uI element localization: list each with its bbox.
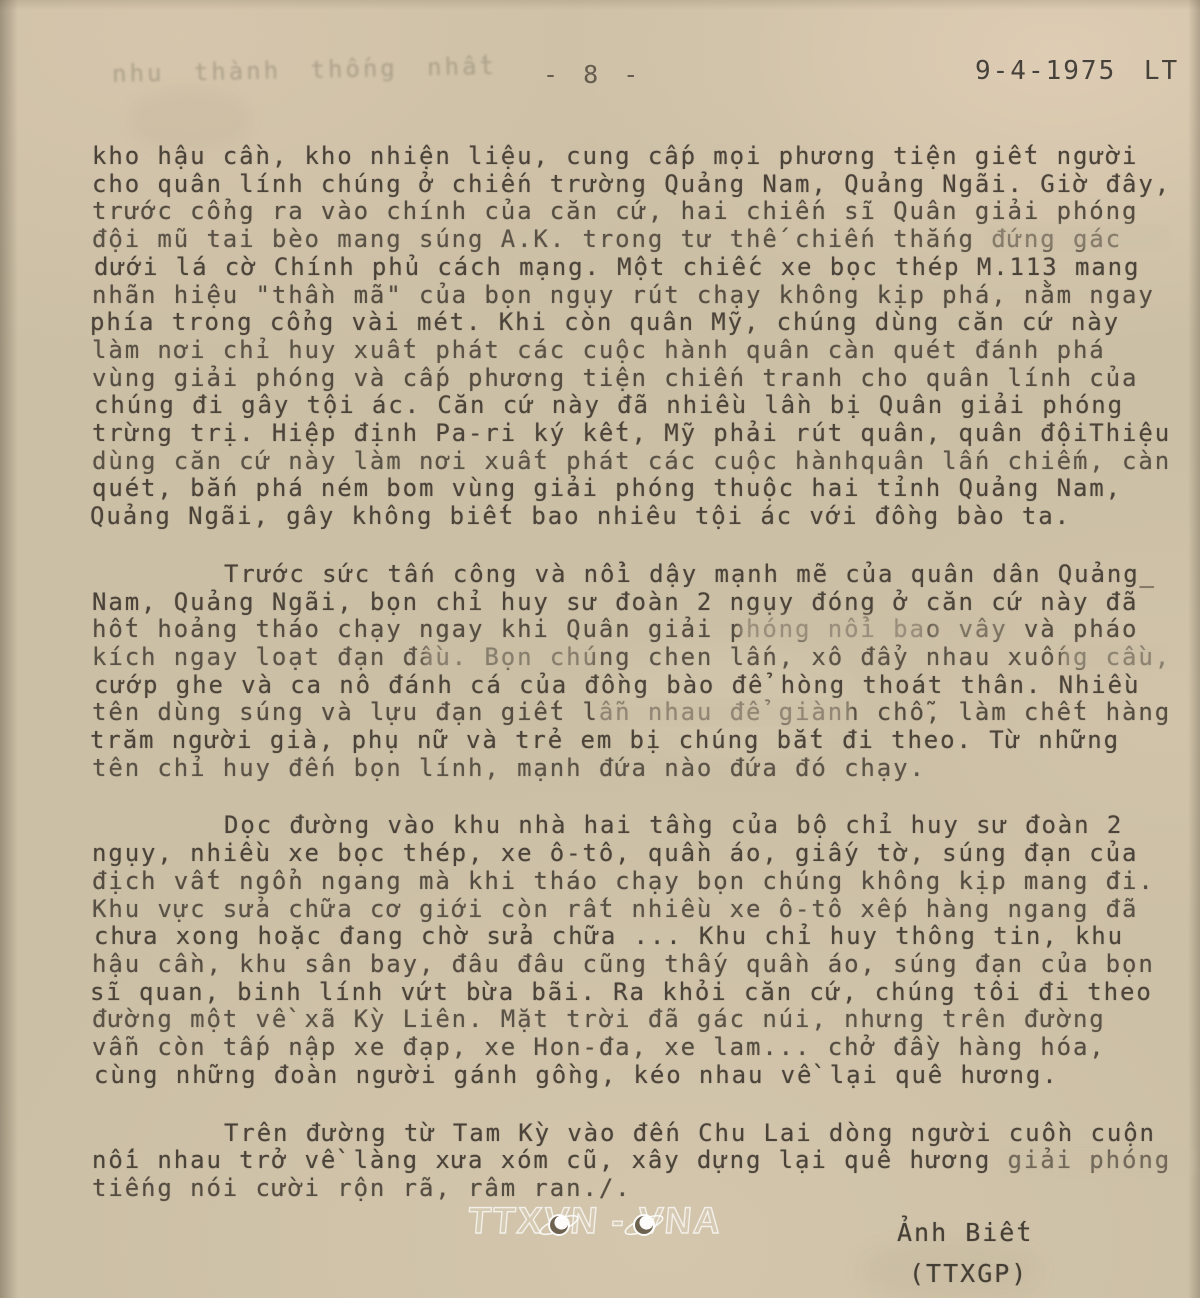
paragraph: kho hậu cần, kho nhiện liệu, cung cấp mọ… [92, 143, 1200, 531]
text-line: phía trong cổng vài mét. Khi còn quân Mỹ… [90, 309, 1200, 337]
text-line: hốt hoảng tháo chạy ngay khi Quân giải p… [92, 616, 1200, 644]
body-text: kho hậu cần, kho nhiện liệu, cung cấp mọ… [92, 143, 1200, 1203]
text-line: kho hậu cần, kho nhiện liệu, cung cấp mọ… [92, 143, 1200, 171]
text-line: quét, bắn phá ném bom vùng giải phóng th… [92, 475, 1200, 503]
text-line: trước cổng ra vào chính của căn cứ, hai … [92, 198, 1200, 226]
text-line: Quảng Ngãi, gây không biết bao nhiêu tội… [90, 503, 1200, 531]
text-line: trừng trị. Hiệp định Pa-ri ký kết, Mỹ ph… [92, 420, 1200, 448]
text-line: Nam, Quảng Ngãi, bọn chỉ huy sư đoàn 2 n… [92, 589, 1200, 617]
text-line: kích ngay loạt đạn đầu. Bọn chúng chen l… [92, 644, 1200, 672]
paragraph: Trước sức tấn công và nổi dậy mạnh mẽ củ… [92, 561, 1200, 783]
paragraph: Dọc đường vào khu nhà hai tầng của bộ ch… [92, 812, 1200, 1089]
text-line: chúng đi gây tội ác. Căn cứ này đã nhiều… [94, 392, 1200, 420]
text-line: trăm người già, phụ nữ và trẻ em bị chún… [90, 727, 1200, 755]
text-line: dưới lá cờ Chính phủ cách mạng. Một chiế… [94, 254, 1200, 282]
text-line: địch vất ngổn ngang mà khi tháo chạy bọn… [92, 868, 1200, 896]
text-line: nối nhau trở về làng xưa xóm cũ, xây dựn… [92, 1147, 1200, 1175]
text-line: Khu vực sửa chữa cơ giới còn rất nhiều x… [92, 896, 1200, 924]
text-line: đội mũ tai bèo mang súng A.K. trong tư t… [92, 226, 1200, 254]
text-line: hậu cần, khu sân bay, đâu đâu cũng thấy … [92, 951, 1200, 979]
text-line: đường một về xã Kỳ Liên. Mặt trời đã gác… [92, 1006, 1200, 1034]
text-line: làm nơi chỉ huy xuất phát các cuộc hành … [92, 337, 1200, 365]
text-line: tiếng nói cười rộn rã, râm ran./. [92, 1175, 1200, 1203]
text-line: cùng những đoàn người gánh gồng, kéo nha… [94, 1062, 1200, 1090]
paper-edge-shadow-left [0, 0, 18, 1298]
watermark-text: TTXVN - VNA [466, 1200, 724, 1242]
text-line: chưa xong hoặc đang chờ sửa chữa ... Khu… [94, 923, 1200, 951]
text-line: tên chỉ huy đến bọn lính, mạnh đứa nào đ… [92, 755, 1200, 783]
text-line: Trước sức tấn công và nổi dậy mạnh mẽ củ… [92, 561, 1200, 589]
vna-globe-icon [621, 1208, 667, 1242]
signature-block: Ảnh Biết (TTXGP) [897, 1218, 1033, 1288]
signature-agency: (TTXGP) [897, 1259, 1033, 1288]
text-line: vùng giải phóng và cấp phương tiện chiến… [92, 365, 1200, 393]
vna-globe-icon [536, 1208, 582, 1242]
text-line: dùng căn cứ này làm nơi xuất phát các cu… [92, 448, 1200, 476]
text-line: Dọc đường vào khu nhà hai tầng của bộ ch… [92, 812, 1200, 840]
text-line: ngụy, nhiều xe bọc thép, xe ô-tô, quần á… [92, 840, 1200, 868]
paper-stain [130, 90, 250, 150]
text-line: sĩ quan, binh lính vứt bừa bãi. Ra khỏi … [90, 979, 1200, 1007]
text-line: tên dùng súng và lựu đạn giết lẫn nhau đ… [92, 699, 1200, 727]
text-line: cho quân lính chúng ở chiến trường Quảng… [92, 171, 1200, 199]
text-line: nhãn hiệu "thần mã" của bọn ngụy rút chạ… [92, 282, 1200, 310]
text-line: cướp ghe và ca nô đánh cá của đồng bào đ… [94, 672, 1200, 700]
header-faded-note: nhu thành thống nhất [112, 52, 497, 88]
scanned-document-page: nhu thành thống nhất - 8 - 9-4-1975 LT k… [0, 0, 1200, 1298]
text-line: Trên đường từ Tam Kỳ vào đến Chu Lai dòn… [92, 1120, 1200, 1148]
paragraph: Trên đường từ Tam Kỳ vào đến Chu Lai dòn… [92, 1120, 1200, 1203]
date-stamp: 9-4-1975 LT [975, 56, 1179, 86]
text-line: vẫn còn tấp nập xe đạp, xe Hon-đa, xe la… [92, 1034, 1200, 1062]
page-number: - 8 - [543, 60, 643, 89]
watermark: TTXVN - VNA [468, 1200, 768, 1248]
paper-edge-shadow-top [0, 0, 1200, 10]
signature-author: Ảnh Biết [897, 1218, 1033, 1247]
